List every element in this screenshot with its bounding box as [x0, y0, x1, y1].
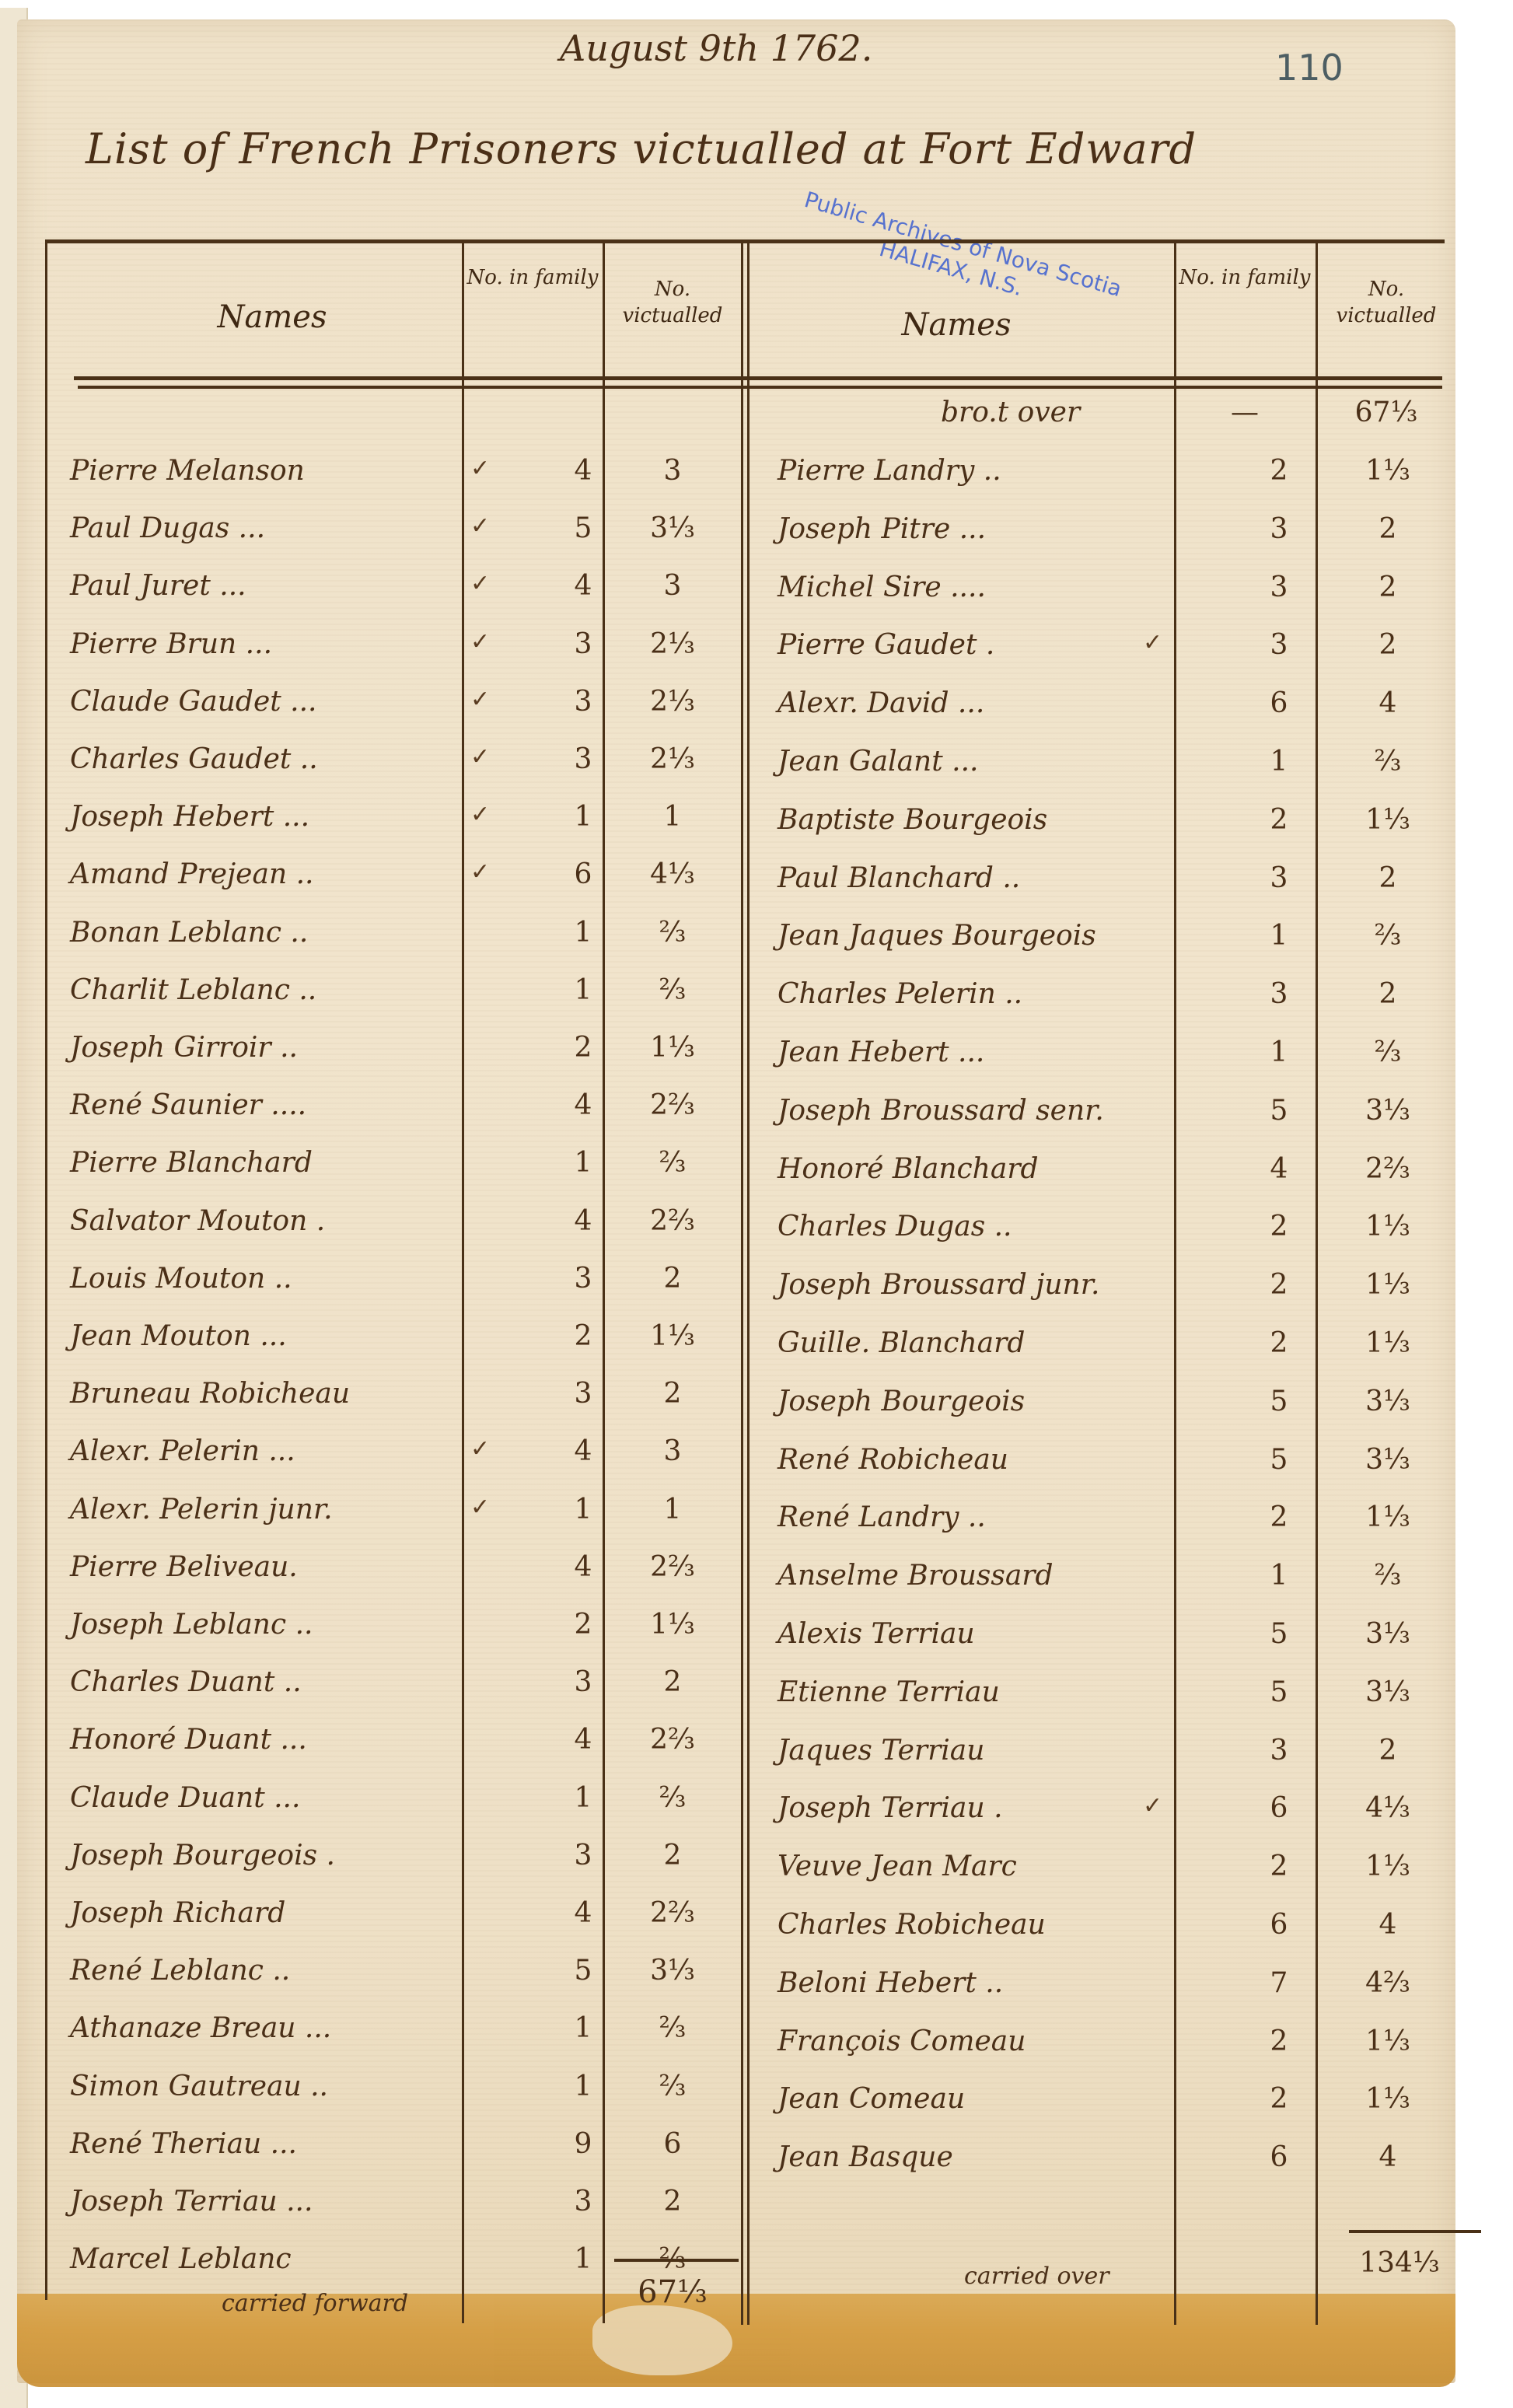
victualled-count: 2⅔: [606, 1724, 739, 1756]
prisoner-name: Joseph Richard: [70, 1897, 285, 1929]
prisoner-name: Pierre Landry ..: [777, 455, 1001, 487]
prisoner-name: Charles Robicheau: [777, 1909, 1046, 1941]
prisoner-name: Jean Mouton ...: [70, 1320, 287, 1352]
victualled-count: 1⅓: [1322, 804, 1454, 836]
prisoner-name: François Comeau: [777, 2025, 1026, 2057]
victualled-count: 2: [1322, 629, 1454, 661]
prisoner-name: Paul Juret ...: [70, 570, 246, 602]
victualled-count: 2⅓: [606, 628, 739, 660]
victualled-count: ⅔: [1322, 1560, 1454, 1592]
victualled-count: 2: [606, 2186, 739, 2218]
prisoner-name: Joseph Bourgeois: [777, 1386, 1025, 1417]
prisoner-name: Jean Hebert ...: [777, 1036, 984, 1068]
victualled-count: 3: [606, 455, 739, 487]
victualled-count: 2: [1322, 862, 1454, 894]
header-rule-1: [74, 376, 1442, 380]
prisoner-name: Charles Pelerin ..: [777, 978, 1022, 1010]
prisoner-name: Joseph Bourgeois .: [70, 1840, 335, 1872]
prisoner-name: Joseph Hebert ...: [70, 801, 309, 833]
prisoner-name: Jean Basque: [777, 2141, 953, 2173]
victualled-count: 4⅔: [1322, 1967, 1454, 1999]
prisoner-name: Pierre Brun ...: [70, 628, 272, 660]
prisoner-name: Jaques Terriau: [777, 1735, 984, 1767]
check-mark-icon: ✓: [1143, 629, 1162, 656]
header-family-right: No. in family: [1179, 264, 1311, 291]
header-victualled-left: No. victualled: [606, 276, 739, 329]
prisoner-name: Jean Galant ...: [777, 746, 978, 778]
col-divider-family-left: [462, 239, 464, 2323]
left-total-value: 67⅓: [606, 2274, 739, 2310]
prisoner-name: Jean Comeau: [777, 2083, 965, 2115]
victualled-count: 2⅓: [606, 686, 739, 718]
victualled-count: 2⅔: [1322, 1153, 1454, 1185]
prisoner-name: Pierre Gaudet .: [777, 629, 994, 661]
prisoner-name: Joseph Pitre ...: [777, 513, 986, 545]
document-title: List of French Prisoners victualled at F…: [86, 124, 1197, 173]
prisoner-name: Michel Sire ....: [777, 571, 986, 603]
victualled-count: 3: [606, 1435, 739, 1467]
victualled-count: 2⅔: [606, 1089, 739, 1121]
prisoner-name: Charles Duant ..: [70, 1666, 302, 1698]
victualled-count: 2: [1322, 513, 1454, 545]
victualled-count: 4: [1322, 2141, 1454, 2173]
check-mark-icon: ✓: [470, 858, 490, 886]
prisoner-name: Etienne Terriau: [777, 1676, 1000, 1708]
prisoner-name: Pierre Blanchard: [70, 1147, 313, 1179]
prisoner-name: Louis Mouton ..: [70, 1263, 292, 1295]
prisoner-name: Honoré Blanchard: [777, 1153, 1039, 1185]
victualled-count: 6: [606, 2128, 739, 2160]
prisoner-name: Athanaze Breau ...: [70, 2012, 331, 2044]
victualled-count: ⅔: [606, 974, 739, 1006]
prisoner-name: Alexis Terriau: [777, 1618, 975, 1650]
prisoner-name: Charlit Leblanc ..: [70, 974, 316, 1006]
check-mark-icon: ✓: [470, 801, 490, 828]
left-total-label: carried forward: [222, 2290, 408, 2317]
prisoner-name: Pierre Beliveau.: [70, 1551, 298, 1583]
prisoner-name: Simon Gautreau ..: [70, 2071, 328, 2102]
victualled-count: 2⅔: [606, 1897, 739, 1929]
prisoner-name: Beloni Hebert ..: [777, 1967, 1003, 1999]
header-victualled-right: No. victualled: [1320, 276, 1452, 329]
victualled-count: ⅔: [1322, 1036, 1454, 1068]
victualled-count: ⅔: [1322, 920, 1454, 952]
victualled-count: 2: [1322, 1735, 1454, 1767]
right-total-value: 134⅓: [1337, 2247, 1462, 2279]
prisoner-name: René Saunier ....: [70, 1089, 306, 1121]
prisoner-name: Honoré Duant ...: [70, 1724, 307, 1756]
table-left-border: [45, 239, 47, 2300]
victualled-count: 2⅓: [606, 743, 739, 775]
victualled-count: 4: [1322, 1909, 1454, 1941]
victualled-count: 1⅓: [1322, 1851, 1454, 1882]
victualled-count: 3: [606, 570, 739, 602]
victualled-count: 1⅓: [606, 1609, 739, 1641]
victualled-count: 2: [1322, 978, 1454, 1010]
prisoner-name: Guille. Blanchard: [777, 1327, 1025, 1359]
victualled-count: 1⅓: [1322, 1211, 1454, 1242]
folio-number: 110: [1275, 47, 1344, 89]
header-names-right: Names: [840, 307, 1073, 343]
victualled-count: 1⅓: [1322, 2025, 1454, 2057]
prisoner-name: Jean Jaques Bourgeois: [777, 920, 1096, 952]
check-mark-icon: ✓: [470, 686, 490, 713]
prisoner-name: Amand Prejean ..: [70, 858, 313, 890]
prisoner-name: Joseph Terriau .: [777, 1792, 1003, 1824]
col-divider-family-right: [1174, 241, 1176, 2325]
victualled-count: 3⅓: [606, 1955, 739, 1987]
prisoner-name: René Leblanc ..: [70, 1955, 290, 1987]
victualled-count: ⅔: [606, 1147, 739, 1179]
prisoner-name: Charles Gaudet ..: [70, 743, 318, 775]
victualled-count: 2: [606, 1378, 739, 1410]
prisoner-name: Joseph Terriau ...: [70, 2186, 313, 2218]
prisoner-name: Alexr. Pelerin junr.: [70, 1494, 333, 1526]
victualled-count: 1⅓: [606, 1032, 739, 1064]
prisoner-name: Joseph Girroir ..: [70, 1032, 298, 1064]
victualled-count: 4⅓: [1322, 1792, 1454, 1824]
victualled-count: ⅔: [606, 2071, 739, 2102]
victualled-count: 1⅓: [1322, 1327, 1454, 1359]
victualled-count: 1⅓: [606, 1320, 739, 1352]
prisoner-name: Marcel Leblanc: [70, 2243, 292, 2275]
victualled-count: 1: [606, 801, 739, 833]
col-divider-middle-a: [741, 241, 743, 2325]
victualled-count: 1⅓: [1322, 2083, 1454, 2115]
left-total-rule: [614, 2259, 739, 2262]
prisoner-name: Paul Dugas ...: [70, 512, 265, 544]
header-family-left: No. in family: [466, 264, 599, 291]
victualled-count: 3⅓: [1322, 1618, 1454, 1650]
victualled-count: 3⅓: [1322, 1676, 1454, 1708]
victualled-count: 4: [1322, 687, 1454, 719]
victualled-count: ⅔: [606, 917, 739, 949]
header-rule-2: [78, 386, 1442, 389]
check-mark-icon: ✓: [470, 1494, 490, 1521]
prisoner-name: Claude Gaudet ...: [70, 686, 317, 718]
victualled-count: ⅔: [606, 2012, 739, 2044]
victualled-count: 3⅓: [1322, 1444, 1454, 1476]
col-divider-middle-b: [747, 241, 750, 2325]
table-top-rule: [45, 239, 1445, 243]
prisoner-name: Claude Duant ...: [70, 1782, 300, 1814]
victualled-count: 2⅔: [606, 1551, 739, 1583]
prisoner-name: Joseph Leblanc ..: [70, 1609, 313, 1641]
prisoner-name: Joseph Broussard senr.: [777, 1095, 1104, 1127]
prisoner-name: Bruneau Robicheau: [70, 1378, 350, 1410]
prisoner-name: Charles Dugas ..: [777, 1211, 1012, 1242]
prisoner-name: Joseph Broussard junr.: [777, 1269, 1099, 1301]
check-mark-icon: ✓: [470, 628, 490, 655]
prisoner-name: René Robicheau: [777, 1444, 1008, 1476]
right-total-rule: [1349, 2230, 1481, 2233]
prisoner-name: Alexr. David ...: [777, 687, 984, 719]
victualled-count: 2: [606, 1840, 739, 1872]
check-mark-icon: ✓: [470, 1435, 490, 1463]
victualled-count: 2: [1322, 571, 1454, 603]
victualled-count: 1⅓: [1322, 1501, 1454, 1533]
right-total-label: carried over: [964, 2263, 1109, 2290]
victualled-count: 3⅓: [606, 512, 739, 544]
check-mark-icon: ✓: [470, 455, 490, 482]
prisoner-name: Salvator Mouton .: [70, 1205, 325, 1237]
prisoner-name: René Theriau ...: [70, 2128, 297, 2160]
brought-over-family: —: [1179, 397, 1311, 428]
victualled-count: 3⅓: [1322, 1095, 1454, 1127]
victualled-count: 3⅓: [1322, 1386, 1454, 1417]
victualled-count: 2⅔: [606, 1205, 739, 1237]
check-mark-icon: ✓: [470, 743, 490, 771]
header-names-left: Names: [155, 299, 389, 335]
prisoner-name: René Landry ..: [777, 1501, 986, 1533]
victualled-count: 1⅓: [1322, 1269, 1454, 1301]
prisoner-name: Anselme Broussard: [777, 1560, 1054, 1592]
check-mark-icon: ✓: [470, 570, 490, 597]
brought-over-label: bro.t over: [941, 397, 1080, 428]
victualled-count: ⅔: [1322, 746, 1454, 778]
victualled-count: 2: [606, 1263, 739, 1295]
document-date: August 9th 1762.: [560, 27, 872, 69]
prisoner-name: Pierre Melanson: [70, 455, 305, 487]
victualled-count: 1⅓: [1322, 455, 1454, 487]
victualled-count: 2: [606, 1666, 739, 1698]
prisoner-name: Bonan Leblanc ..: [70, 917, 308, 949]
prisoner-name: Baptiste Bourgeois: [777, 804, 1047, 836]
brought-over-value: 67⅓: [1320, 397, 1452, 428]
check-mark-icon: ✓: [1143, 1792, 1162, 1819]
victualled-count: 4⅓: [606, 858, 739, 890]
victualled-count: ⅔: [606, 1782, 739, 1814]
victualled-count: 1: [606, 1494, 739, 1526]
prisoner-name: Paul Blanchard ..: [777, 862, 1020, 894]
prisoner-name: Alexr. Pelerin ...: [70, 1435, 295, 1467]
check-mark-icon: ✓: [470, 512, 490, 540]
prisoner-name: Veuve Jean Marc: [777, 1851, 1017, 1882]
